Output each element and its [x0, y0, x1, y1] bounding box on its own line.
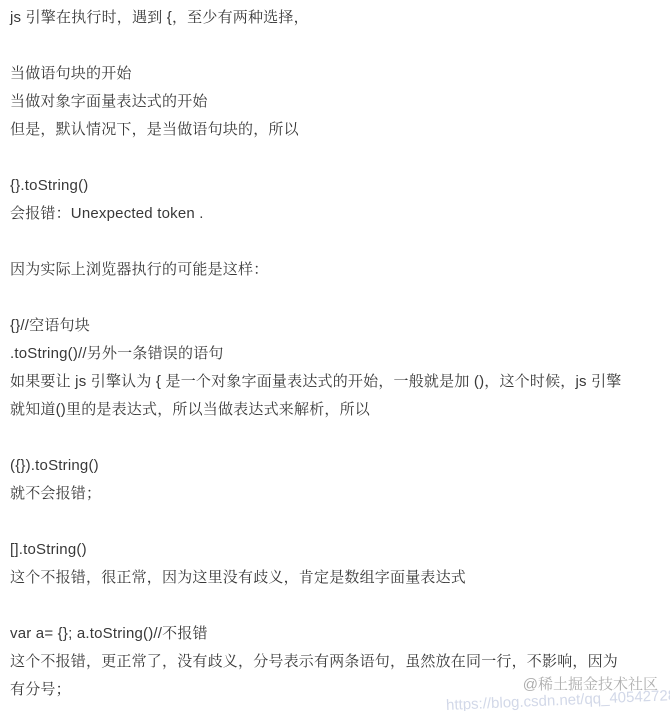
text-line: 当做对象字面量表达式的开始: [10, 88, 670, 116]
paragraph: ({}).toString() 就不会报错；: [10, 452, 670, 508]
paragraph: 因为实际上浏览器执行的可能是这样：: [10, 256, 670, 284]
paragraph: js 引擎在执行时，遇到 {，至少有两种选择，: [10, 4, 670, 32]
code-line: var a= {}; a.toString()//不报错: [10, 620, 670, 648]
text-line: 当做语句块的开始: [10, 60, 670, 88]
code-line: ({}).toString(): [10, 452, 670, 480]
article-page: { "page": { "background": "#ffffff", "te…: [0, 0, 670, 711]
text-line: 就知道()里的是表达式，所以当做表达式来解析，所以: [10, 396, 670, 424]
code-line: {}.toString(): [10, 172, 670, 200]
paragraph: {}//空语句块 .toString()//另外一条错误的语句 如果要让 js …: [10, 312, 670, 424]
code-line: [].toString(): [10, 536, 670, 564]
text-line: js 引擎在执行时，遇到 {，至少有两种选择，: [10, 4, 670, 32]
text-line: 会报错：Unexpected token .: [10, 200, 670, 228]
code-line: .toString()//另外一条错误的语句: [10, 340, 670, 368]
text-line: 这个不报错，很正常，因为这里没有歧义，肯定是数组字面量表达式: [10, 564, 670, 592]
paragraph: [].toString() 这个不报错，很正常，因为这里没有歧义，肯定是数组字面…: [10, 536, 670, 592]
text-line: 但是，默认情况下，是当做语句块的，所以: [10, 116, 670, 144]
code-line: {}//空语句块: [10, 312, 670, 340]
paragraph: {}.toString() 会报错：Unexpected token .: [10, 172, 670, 228]
text-line: 因为实际上浏览器执行的可能是这样：: [10, 256, 670, 284]
text-line: 有分号；: [10, 676, 670, 704]
text-line: 就不会报错；: [10, 480, 670, 508]
paragraph: 当做语句块的开始 当做对象字面量表达式的开始 但是，默认情况下，是当做语句块的，…: [10, 60, 670, 144]
text-line: 如果要让 js 引擎认为 { 是一个对象字面量表达式的开始，一般就是加 ()，这…: [10, 368, 670, 396]
text-line: 这个不报错，更正常了，没有歧义，分号表示有两条语句，虽然放在同一行，不影响，因为: [10, 648, 670, 676]
article-text: js 引擎在执行时，遇到 {，至少有两种选择， 当做语句块的开始 当做对象字面量…: [10, 4, 670, 704]
paragraph: var a= {}; a.toString()//不报错 这个不报错，更正常了，…: [10, 620, 670, 704]
